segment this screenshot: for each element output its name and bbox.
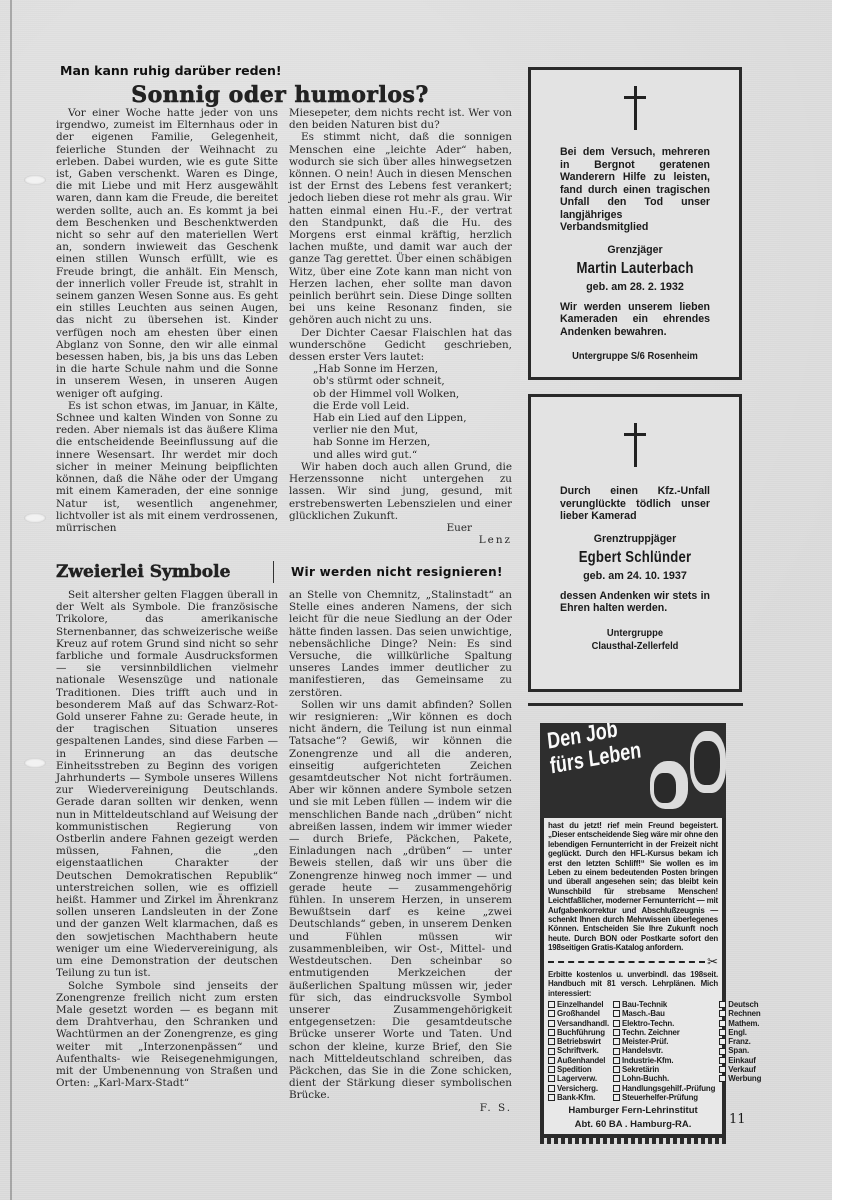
- cut-line[interactable]: ✂: [548, 957, 718, 967]
- checkbox-option[interactable]: Sekretärin: [613, 1065, 715, 1074]
- checkbox-label: Lohn-Buchh.: [622, 1074, 669, 1083]
- man-illustration-icon: [650, 761, 688, 809]
- poem-line: ob's stürmt oder schneit,: [313, 375, 512, 387]
- checkbox-option[interactable]: Bank-Kfm.: [548, 1093, 609, 1102]
- poem-line: „Hab Sonne im Herzen,: [313, 363, 512, 375]
- newspaper-page: Man kann ruhig darüber reden! Sonnig ode…: [0, 0, 832, 1200]
- stamp-edge: [540, 1138, 726, 1144]
- paragraph: Solche Symbole sind jenseits der Zonengr…: [56, 980, 278, 1090]
- checkbox-option[interactable]: Engl.: [719, 1028, 761, 1037]
- checkbox-icon[interactable]: [719, 1010, 726, 1017]
- checkbox-icon[interactable]: [613, 1075, 620, 1082]
- checkbox-label: Buchführung: [557, 1028, 605, 1037]
- checkbox-label: Spedition: [557, 1065, 592, 1074]
- checkbox-label: Einkauf: [728, 1056, 755, 1065]
- checkbox-label: Verkauf: [728, 1065, 755, 1074]
- obituary-closing: dessen Andenken wir stets in Ehren halte…: [560, 590, 710, 615]
- checkbox-option[interactable]: Versicherg.: [548, 1084, 609, 1093]
- checkbox-option[interactable]: Span.: [719, 1046, 761, 1055]
- punch-hole: [24, 513, 46, 523]
- obituary-intro: Durch einen Kfz.-Unfall verunglückte töd…: [560, 485, 710, 523]
- checkbox-icon[interactable]: [719, 1057, 726, 1064]
- checkbox-icon[interactable]: [719, 1001, 726, 1008]
- checkbox-icon[interactable]: [548, 1057, 555, 1064]
- paragraph: Der Dichter Caesar Flaischlen hat das wu…: [289, 327, 512, 364]
- checkbox-option[interactable]: Masch.-Bau: [613, 1009, 715, 1018]
- coupon-checklist: EinzelhandelGroßhandelVersandhandl.Buchf…: [548, 1000, 718, 1102]
- checkbox-option[interactable]: Einkauf: [719, 1056, 761, 1065]
- checkbox-icon[interactable]: [613, 1038, 620, 1045]
- checkbox-option[interactable]: Lohn-Buchh.: [613, 1074, 715, 1083]
- title-divider: [273, 561, 274, 583]
- article1-kicker: Man kann ruhig darüber reden!: [60, 63, 282, 78]
- checkbox-option[interactable]: Industrie-Kfm.: [613, 1056, 715, 1065]
- checkbox-option[interactable]: Franz.: [719, 1037, 761, 1046]
- checkbox-option[interactable]: Buchführung: [548, 1028, 609, 1037]
- obituary-rank: Grenztruppjäger: [531, 533, 739, 545]
- checkbox-label: Engl.: [728, 1028, 747, 1037]
- checkbox-label: Versandhandl.: [557, 1019, 609, 1028]
- checkbox-option[interactable]: Großhandel: [548, 1009, 609, 1018]
- article1-title: Sonnig oder humorlos?: [130, 82, 430, 108]
- checkbox-option[interactable]: Meister-Prüf.: [613, 1037, 715, 1046]
- obituary-group-line: Untergruppe S/6 Rosenheim: [541, 350, 728, 363]
- checkbox-option[interactable]: Rechnen: [719, 1009, 761, 1018]
- obituary-intro: Bei dem Versuch, mehreren in Bergnot ger…: [560, 146, 710, 234]
- institute-name: Hamburger Fern-Lehrinstitut: [548, 1105, 718, 1116]
- checkbox-icon[interactable]: [613, 1066, 620, 1073]
- checkbox-icon[interactable]: [613, 1010, 620, 1017]
- poem-line: hab Sonne im Herzen,: [313, 436, 512, 448]
- checkbox-icon[interactable]: [548, 1001, 555, 1008]
- obituary-birthdate: geb. am 24. 10. 1937: [531, 570, 739, 582]
- checkbox-option[interactable]: Versandhandl.: [548, 1019, 609, 1028]
- checkbox-label: Werbung: [728, 1074, 761, 1083]
- paragraph: an Stelle von Chemnitz, „Stalinstadt“ an…: [289, 589, 512, 699]
- article1-column-1: Vor einer Woche hatte jeder von uns irge…: [56, 107, 278, 534]
- checkbox-label: Bank-Kfm.: [557, 1093, 595, 1102]
- checkbox-label: Meister-Prüf.: [622, 1037, 668, 1046]
- checkbox-label: Betriebswirt: [557, 1037, 601, 1046]
- checkbox-icon[interactable]: [719, 1075, 726, 1082]
- obituary-birthdate: geb. am 28. 2. 1932: [531, 281, 739, 293]
- paragraph: Wir haben doch auch allen Grund, die Her…: [289, 461, 512, 522]
- poem-line: und alles wird gut.“: [313, 449, 512, 461]
- article2-title: Zweierlei Symbole: [56, 562, 230, 582]
- checkbox-icon[interactable]: [548, 1029, 555, 1036]
- checkbox-icon[interactable]: [548, 1094, 555, 1101]
- obituary-notice: Bei dem Versuch, mehreren in Bergnot ger…: [528, 67, 742, 380]
- checkbox-label: Versicherg.: [557, 1084, 598, 1093]
- poem: „Hab Sonne im Herzen, ob's stürmt oder s…: [289, 363, 512, 461]
- checkbox-label: Steuerhelfer-Prüfung: [622, 1093, 698, 1102]
- paragraph: Miesepeter, dem nichts recht ist. Wer vo…: [289, 107, 512, 131]
- checkbox-option[interactable]: Elektro-Techn.: [613, 1019, 715, 1028]
- paragraph: Es stimmt nicht, daß die sonnigen Mensch…: [289, 131, 512, 326]
- checkbox-label: Techn. Zeichner: [622, 1028, 680, 1037]
- checkbox-label: Außenhandel: [557, 1056, 605, 1065]
- checkbox-icon[interactable]: [719, 1029, 726, 1036]
- ad-body: hast du jetzt! rief mein Freund begeiste…: [540, 818, 726, 1138]
- checkbox-label: Sekretärin: [622, 1065, 659, 1074]
- checkbox-label: Rechnen: [728, 1009, 760, 1018]
- checkbox-label: Einzelhandel: [557, 1000, 603, 1009]
- checkbox-option[interactable]: Einzelhandel: [548, 1000, 609, 1009]
- checkbox-option[interactable]: Steuerhelfer-Prüfung: [613, 1093, 715, 1102]
- punch-hole: [24, 175, 46, 185]
- checkbox-icon[interactable]: [548, 1048, 555, 1055]
- checkbox-icon[interactable]: [548, 1020, 555, 1027]
- checkbox-label: Mathem.: [728, 1019, 759, 1028]
- checkbox-icon[interactable]: [719, 1038, 726, 1045]
- checkbox-icon[interactable]: [719, 1020, 726, 1027]
- obituary-closing: Wir werden unserem lieben Kameraden ein …: [560, 301, 710, 339]
- checkbox-label: Masch.-Bau: [622, 1009, 665, 1018]
- paragraph: Vor einer Woche hatte jeder von uns irge…: [56, 107, 278, 400]
- checkbox-icon[interactable]: [548, 1085, 555, 1092]
- page-number: 11: [729, 1112, 746, 1127]
- checkbox-option[interactable]: Techn. Zeichner: [613, 1028, 715, 1037]
- checkbox-icon[interactable]: [613, 1057, 620, 1064]
- checkbox-label: Franz.: [728, 1037, 750, 1046]
- checkbox-icon[interactable]: [548, 1038, 555, 1045]
- horizontal-rule: [528, 703, 743, 706]
- checkbox-option[interactable]: Spedition: [548, 1065, 609, 1074]
- obituary-rank: Grenzjäger: [531, 244, 739, 256]
- cross-icon: [624, 86, 646, 130]
- coupon-text: Erbitte kostenlos u. unverbindl. das 198…: [548, 970, 718, 998]
- checkbox-icon[interactable]: [719, 1066, 726, 1073]
- article1-column-2: Miesepeter, dem nichts recht ist. Wer vo…: [289, 107, 512, 546]
- cross-icon: [624, 423, 646, 467]
- checkbox-label: Handlungsgehilf.-Prüfung: [622, 1084, 715, 1093]
- checkbox-icon[interactable]: [613, 1085, 620, 1092]
- checkbox-icon[interactable]: [548, 1066, 555, 1073]
- checkbox-icon[interactable]: [613, 1001, 620, 1008]
- checkbox-option[interactable]: Handlungsgehilf.-Prüfung: [613, 1084, 715, 1093]
- paragraph: Sollen wir uns damit abfinden? Sollen wi…: [289, 699, 512, 1102]
- poem-line: verlier nie den Mut,: [313, 424, 512, 436]
- obituary-name: Martin Lauterbach: [547, 260, 724, 278]
- checkbox-label: Elektro-Techn.: [622, 1019, 674, 1028]
- valediction: Euer: [289, 522, 512, 534]
- article2-column-1: Seit altersher gelten Flaggen überall in…: [56, 589, 278, 1089]
- checkbox-option[interactable]: Deutsch: [719, 1000, 761, 1009]
- checkbox-option[interactable]: Betriebswirt: [548, 1037, 609, 1046]
- checklist-column: DeutschRechnenMathem.Engl.Franz.Span.Ein…: [719, 1000, 761, 1102]
- obituary-name: Egbert Schlünder: [547, 549, 724, 567]
- checkbox-icon[interactable]: [613, 1029, 620, 1036]
- obituary-group-line: Untergruppe: [541, 627, 728, 640]
- punch-hole: [24, 758, 46, 768]
- author-signature: F. S.: [289, 1102, 512, 1114]
- checkbox-label: Deutsch: [728, 1000, 758, 1009]
- checkbox-label: Schriftverk.: [557, 1046, 599, 1055]
- advertisement: Den Job fürs Leben hast du jetzt! rief m…: [540, 723, 733, 1091]
- poem-line: ob der Himmel voll Wolken,: [313, 388, 512, 400]
- ad-copy: hast du jetzt! rief mein Freund begeiste…: [548, 821, 718, 953]
- poem-line: Hab ein Lied auf den Lippen,: [313, 412, 512, 424]
- checkbox-option[interactable]: Handelsvtr.: [613, 1046, 715, 1055]
- obituary-notice: Durch einen Kfz.-Unfall verunglückte töd…: [528, 394, 742, 692]
- scissors-icon: ✂: [707, 957, 718, 967]
- ad-headline: Den Job fürs Leben: [546, 723, 642, 779]
- checkbox-option[interactable]: Lagerverw.: [548, 1074, 609, 1083]
- institute-address: Abt. 60 BA . Hamburg-RA.: [548, 1119, 718, 1130]
- checkbox-label: Handelsvtr.: [622, 1046, 663, 1055]
- checkbox-icon[interactable]: [613, 1020, 620, 1027]
- checklist-column: Bau-TechnikMasch.-BauElektro-Techn.Techn…: [613, 1000, 715, 1102]
- obituary-group-line: Clausthal-Zellerfeld: [541, 640, 728, 653]
- checkbox-label: Lagerverw.: [557, 1074, 597, 1083]
- checkbox-icon[interactable]: [613, 1048, 620, 1055]
- checkbox-label: Span.: [728, 1046, 749, 1055]
- checkbox-icon[interactable]: [613, 1094, 620, 1101]
- checkbox-label: Großhandel: [557, 1009, 600, 1018]
- ad-hero-banner: Den Job fürs Leben: [540, 723, 726, 818]
- checkbox-option[interactable]: Außenhandel: [548, 1056, 609, 1065]
- checkbox-option[interactable]: Werbung: [719, 1074, 761, 1083]
- checkbox-icon[interactable]: [548, 1010, 555, 1017]
- checkbox-option[interactable]: Verkauf: [719, 1065, 761, 1074]
- article2-subtitle: Wir werden nicht resignieren!: [291, 565, 503, 579]
- paragraph: Seit altersher gelten Flaggen überall in…: [56, 589, 278, 980]
- author-signature: Lenz: [289, 534, 512, 546]
- checkbox-option[interactable]: Bau-Technik: [613, 1000, 715, 1009]
- obituary-group: Untergruppe Clausthal-Zellerfeld: [541, 627, 728, 653]
- obituary-group: Untergruppe S/6 Rosenheim: [541, 350, 728, 363]
- article2-column-2: an Stelle von Chemnitz, „Stalinstadt“ an…: [289, 589, 512, 1114]
- checklist-column: EinzelhandelGroßhandelVersandhandl.Buchf…: [548, 1000, 609, 1102]
- poem-line: die Erde voll Leid.: [313, 400, 512, 412]
- man-illustration-icon: [690, 731, 726, 793]
- checkbox-label: Industrie-Kfm.: [622, 1056, 673, 1065]
- checkbox-icon[interactable]: [548, 1075, 555, 1082]
- paragraph: Es ist schon etwas, im Januar, in Kälte,…: [56, 400, 278, 534]
- checkbox-label: Bau-Technik: [622, 1000, 667, 1009]
- checkbox-icon[interactable]: [719, 1048, 726, 1055]
- checkbox-option[interactable]: Mathem.: [719, 1019, 761, 1028]
- checkbox-option[interactable]: Schriftverk.: [548, 1046, 609, 1055]
